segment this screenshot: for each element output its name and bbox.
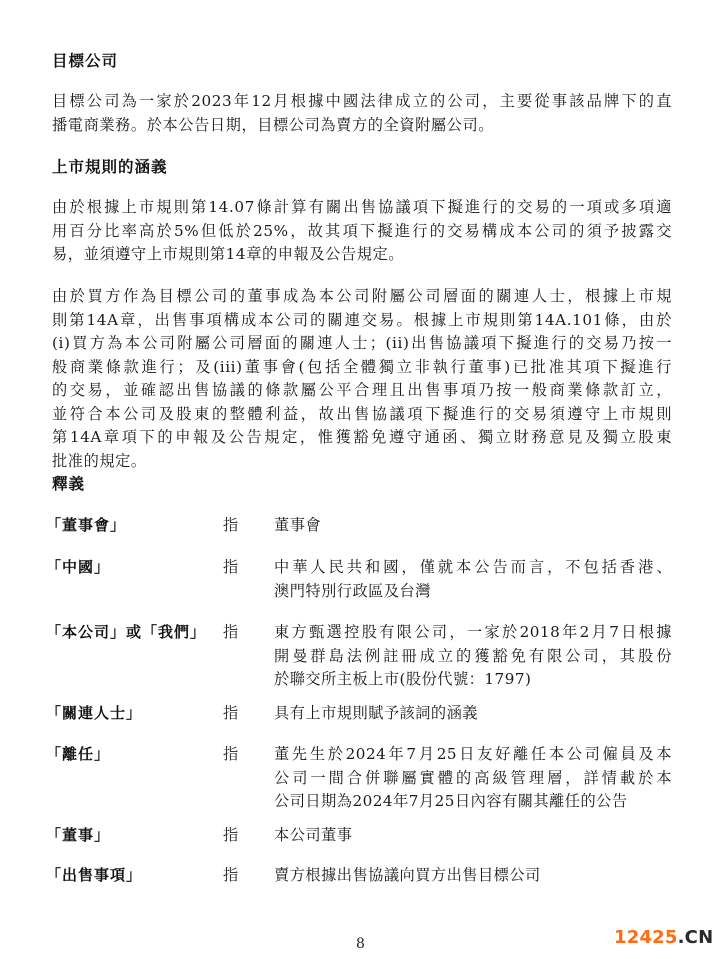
definition-term: 「中國」: [46, 556, 110, 577]
definition-line: 公司一間合併聯屬實體的高級管理層，詳情載於本: [274, 767, 672, 791]
listing-rules-paragraph-2: 由於買方作為目標公司的董事成為本公司附屬公司層面的關連人士，根據上市規 則第14…: [52, 285, 672, 473]
definition-means-label: 指: [223, 864, 238, 885]
paragraph-line: 由於根據上市規則第14.07條計算有關出售協議項下擬進行的交易的一項或多項適: [52, 196, 672, 220]
section-heading-target-company: 目標公司: [52, 49, 118, 71]
definition-means-label: 指: [223, 556, 238, 577]
watermark-domain: .CN: [678, 927, 714, 948]
definition-line: 公司日期為2024年7月25日內容有關其離任的公告: [274, 790, 672, 814]
definition-line: 董先生於2024年7月25日友好離任本公司僱員及本: [274, 743, 672, 767]
definition-means-label: 指: [223, 514, 238, 535]
definition-line: 具有上市規則賦予該詞的涵義: [274, 702, 672, 726]
definition-text: 董先生於2024年7月25日友好離任本公司僱員及本 公司一間合併聯屬實體的高級管…: [274, 743, 672, 814]
paragraph-line: 第14A章項下的申報及公告規定，惟獲豁免遵守通函、獨立財務意見及獨立股東: [52, 426, 672, 450]
definition-text: 中華人民共和國，僅就本公告而言，不包括香港、 澳門特別行政區及台灣: [274, 556, 672, 603]
paragraph-line: 的交易，並確認出售協議的條款屬公平合理且出售事項乃按一般商業條款訂立，: [52, 379, 672, 403]
paragraph-line: 由於買方作為目標公司的董事成為本公司附屬公司層面的關連人士，根據上市規: [52, 285, 672, 309]
definition-term: 「本公司」或「我們」: [46, 621, 206, 642]
definition-term: 「董事」: [46, 824, 110, 845]
definition-line: 本公司董事: [274, 824, 672, 848]
page-number: 8: [356, 936, 365, 952]
section-heading-definitions: 釋義: [52, 472, 85, 494]
paragraph-line: 般商業條款進行；及(iii)董事會(包括全體獨立非執行董事)已批准其項下擬進行: [52, 356, 672, 380]
definition-means-label: 指: [223, 702, 238, 723]
listing-rules-paragraph-1: 由於根據上市規則第14.07條計算有關出售協議項下擬進行的交易的一項或多項適 用…: [52, 196, 672, 267]
definition-line: 中華人民共和國，僅就本公告而言，不包括香港、: [274, 556, 672, 580]
definition-line: 開曼群島法例註冊成立的獲豁免有限公司，其股份: [274, 645, 672, 669]
paragraph-line: 用百分比率高於5%但低於25%，故其項下擬進行的交易構成本公司的須予披露交: [52, 220, 672, 244]
definition-text: 具有上市規則賦予該詞的涵義: [274, 702, 672, 726]
definition-line: 澳門特別行政區及台灣: [274, 580, 672, 604]
watermark-number: 12425: [614, 927, 678, 948]
section-heading-listing-rules: 上市規則的涵義: [52, 155, 168, 177]
definition-line: 賣方根據出售協議向買方出售目標公司: [274, 864, 672, 888]
paragraph-line: (i)買方為本公司附屬公司層面的關連人士；(ii)出售協議項下擬進行的交易乃按一: [52, 332, 672, 356]
definition-text: 董事會: [274, 514, 672, 538]
definition-means-label: 指: [223, 621, 238, 642]
watermark-logo: 12425.CN: [614, 927, 713, 948]
definition-term: 「董事會」: [46, 514, 126, 535]
definition-text: 賣方根據出售協議向買方出售目標公司: [274, 864, 672, 888]
definition-text: 本公司董事: [274, 824, 672, 848]
definition-term: 「關連人士」: [46, 702, 142, 723]
definition-line: 東方甄選控股有限公司，一家於2018年2月7日根據: [274, 621, 672, 645]
definition-means-label: 指: [223, 824, 238, 845]
paragraph-line: 並符合本公司及股東的整體利益，故出售協議項下擬進行的交易須遵守上市規則: [52, 403, 672, 427]
definition-term: 「出售事項」: [46, 864, 142, 885]
definition-term: 「離任」: [46, 743, 110, 764]
definition-line: 董事會: [274, 514, 672, 538]
definition-line: 於聯交所主板上市(股份代號：1797): [274, 668, 672, 692]
definition-means-label: 指: [223, 743, 238, 764]
paragraph-line: 易，並須遵守上市規則第14章的申報及公告規定。: [52, 243, 672, 267]
paragraph-line: 批准的規定。: [52, 450, 672, 474]
definition-text: 東方甄選控股有限公司，一家於2018年2月7日根據 開曼群島法例註冊成立的獲豁免…: [274, 621, 672, 692]
paragraph-line: 則第14A章，出售事項構成本公司的關連交易。根據上市規則第14A.101條，由於: [52, 309, 672, 333]
target-company-paragraph: 目標公司為一家於2023年12月根據中國法律成立的公司，主要從事該品牌下的直 播…: [52, 90, 672, 137]
paragraph-line: 目標公司為一家於2023年12月根據中國法律成立的公司，主要從事該品牌下的直: [52, 90, 672, 114]
paragraph-line: 播電商業務。於本公告日期，目標公司為賣方的全資附屬公司。: [52, 114, 672, 138]
